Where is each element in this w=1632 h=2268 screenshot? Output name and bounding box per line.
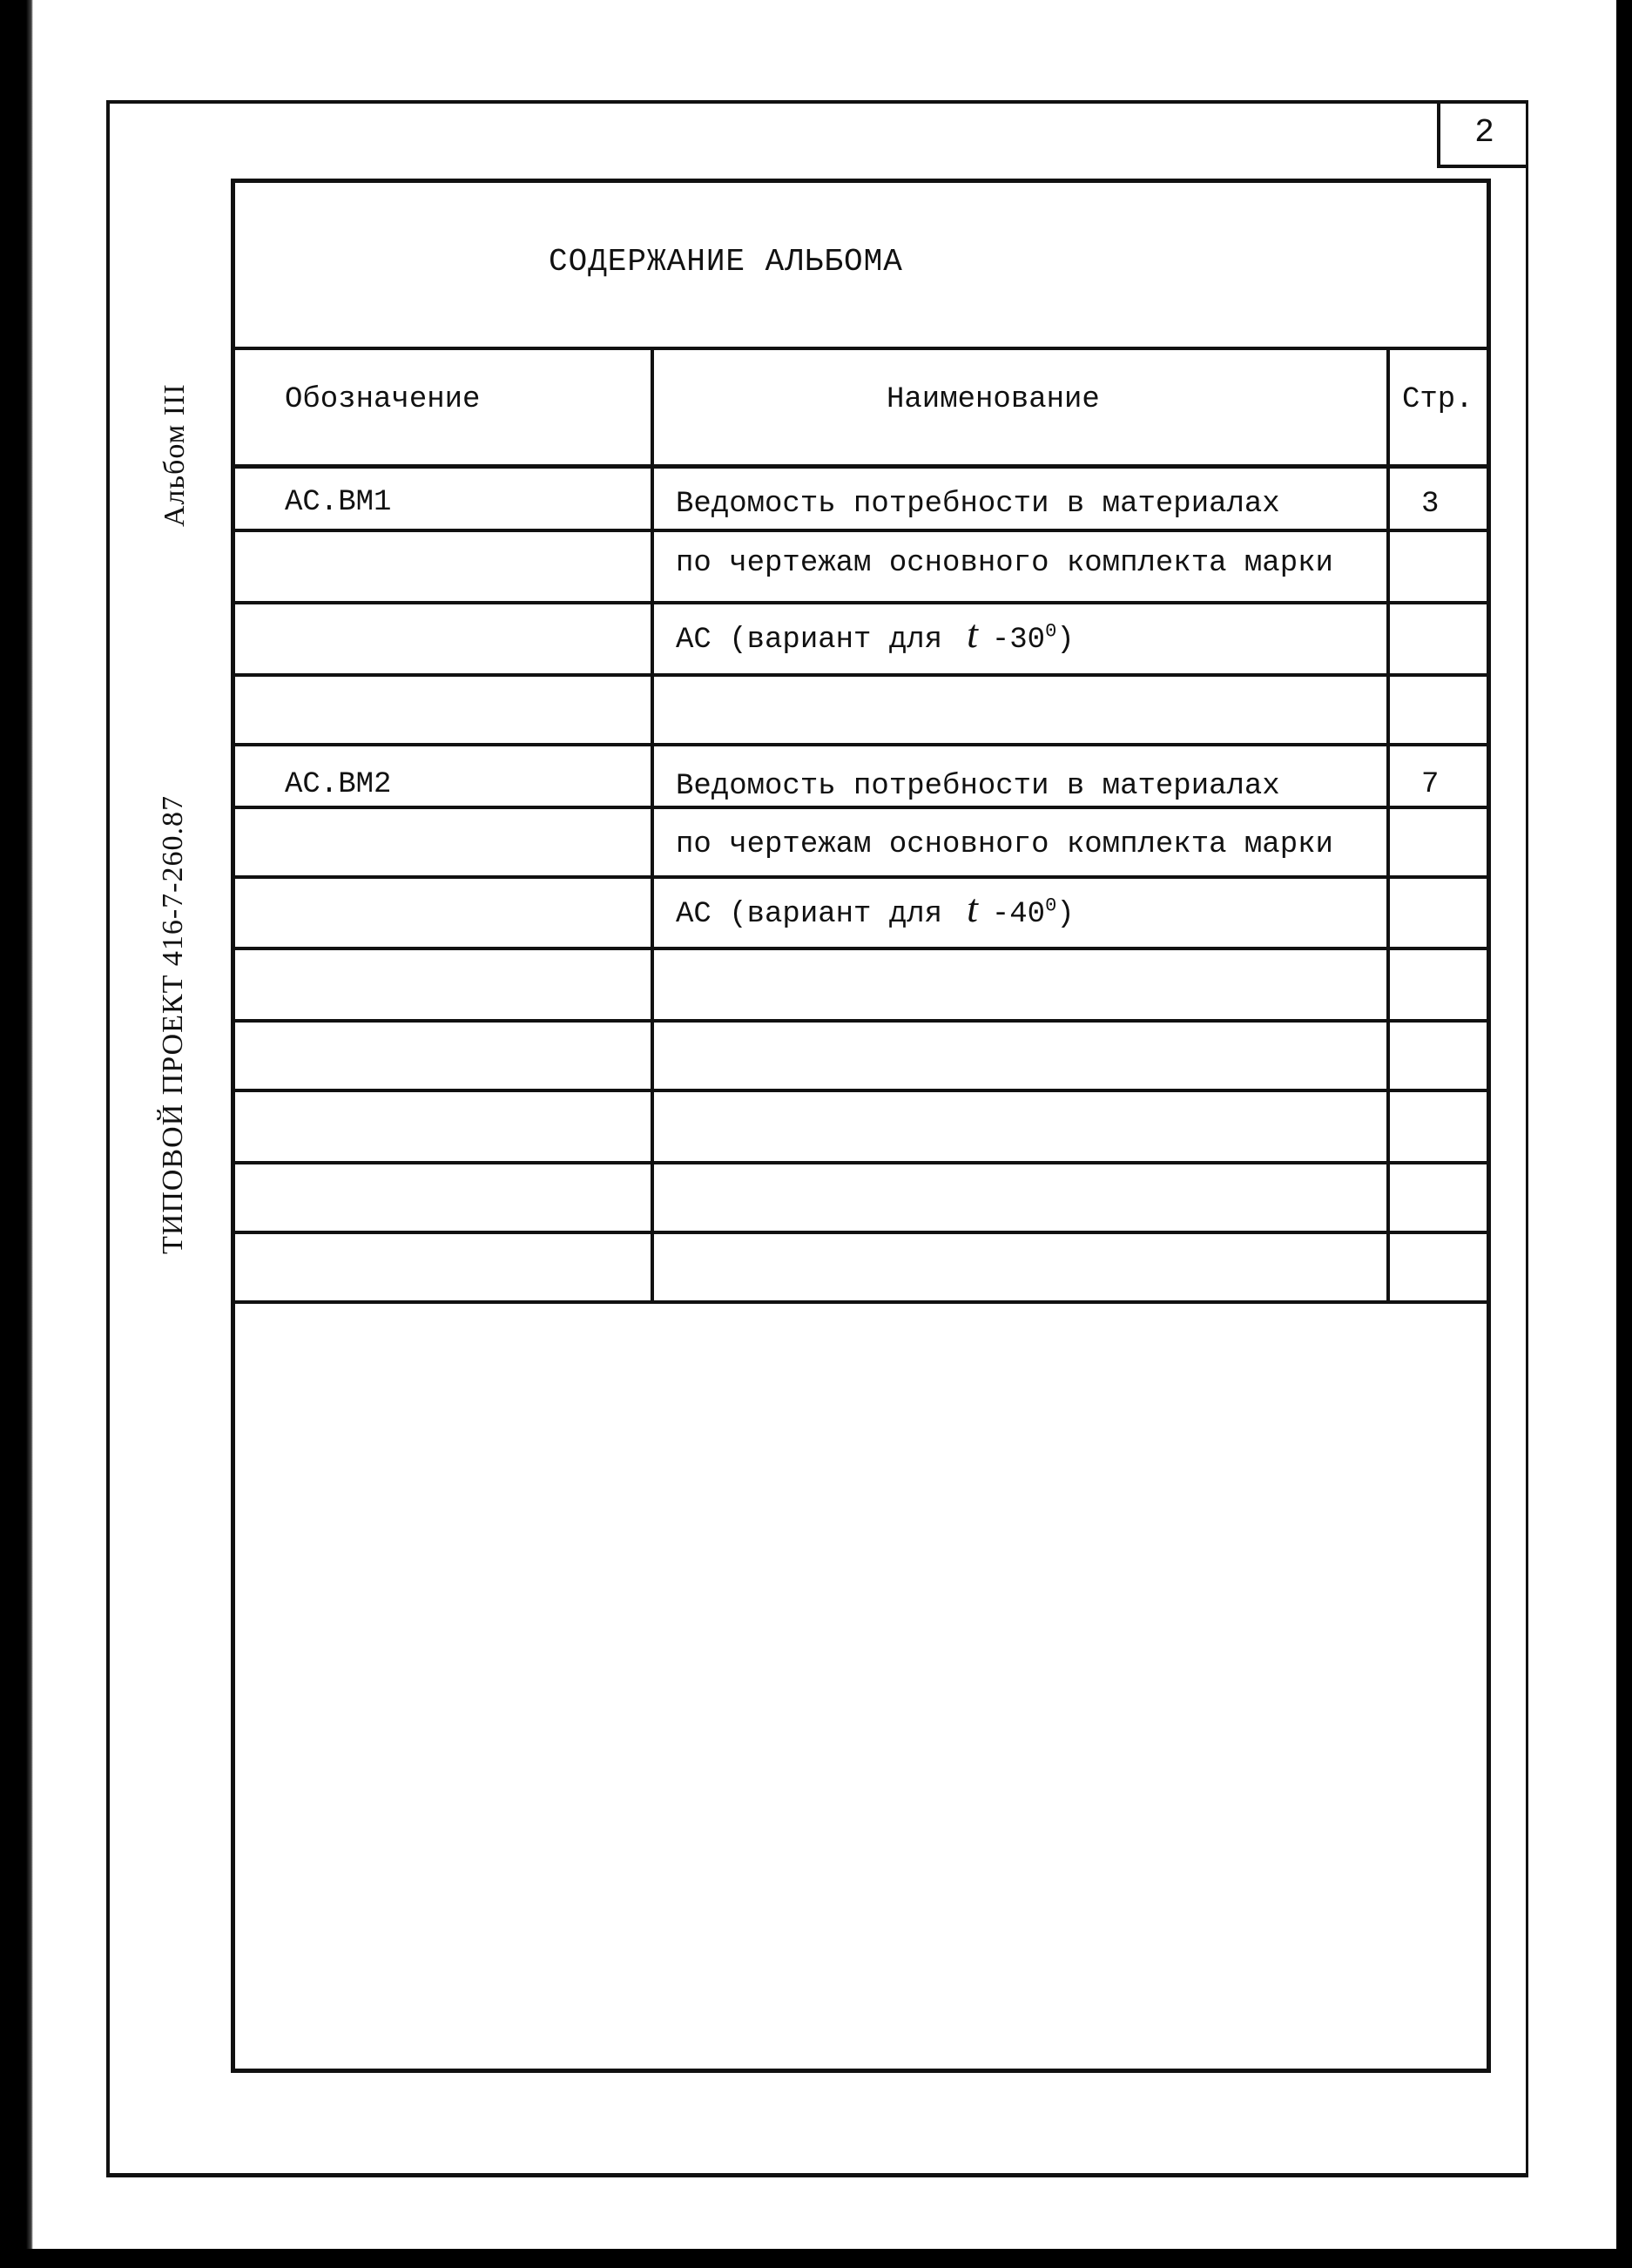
- row-divider: [231, 601, 1491, 604]
- row-divider: [231, 673, 1491, 677]
- side-stamp-album: Альбом III: [158, 370, 192, 527]
- header-designation: Обозначение: [285, 385, 480, 415]
- row-divider: [231, 1019, 1491, 1023]
- scan-edge-bottom: [0, 2249, 1632, 2268]
- row-divider: [231, 1161, 1491, 1164]
- row-divider: [231, 1231, 1491, 1234]
- row-divider: [231, 743, 1491, 746]
- row-divider: [231, 947, 1491, 950]
- row-divider: [231, 806, 1491, 809]
- entry-page: 7: [1421, 770, 1439, 800]
- scan-edge-left: [0, 0, 33, 2268]
- row-divider: [231, 875, 1491, 879]
- entry-name-line: Ведомость потребности в материалах: [676, 489, 1280, 519]
- page-number-box: 2: [1437, 100, 1528, 168]
- entry-name-line: по чертежам основного комплекта марки: [676, 549, 1333, 578]
- entry-designation: АС.ВМ2: [285, 770, 391, 800]
- row-divider: [231, 1089, 1491, 1092]
- entry-name-line: АС (вариант дляt-300): [676, 614, 1075, 655]
- scan-edge-right: [1616, 0, 1632, 2268]
- row-divider: [231, 529, 1491, 532]
- temperature-symbol: t: [967, 611, 978, 656]
- header-page: Стр.: [1402, 385, 1474, 415]
- entry-name-line: Ведомость потребности в материалах: [676, 772, 1280, 801]
- side-stamp-project: ТИПОВОЙ ПРОЕКТ 416-7-260.87: [157, 749, 190, 1254]
- header-name: Наименование: [887, 385, 1100, 415]
- document-title: СОДЕРЖАНИЕ АЛЬБОМА: [549, 244, 903, 280]
- entry-name-line: по чертежам основного комплекта марки: [676, 830, 1333, 860]
- entry-designation: АС.ВМ1: [285, 488, 391, 517]
- table-bottom-rule: [231, 1300, 1491, 1304]
- contents-table-frame: [231, 179, 1491, 2073]
- entry-name-line: АС (вариант дляt-400): [676, 888, 1075, 929]
- page-number: 2: [1474, 114, 1494, 152]
- temperature-symbol: t: [967, 886, 978, 930]
- title-row-divider: [231, 347, 1491, 350]
- column-divider-designation: [651, 347, 654, 1302]
- header-row-divider: [231, 464, 1491, 469]
- entry-page: 3: [1421, 489, 1439, 519]
- column-divider-page: [1386, 347, 1390, 1302]
